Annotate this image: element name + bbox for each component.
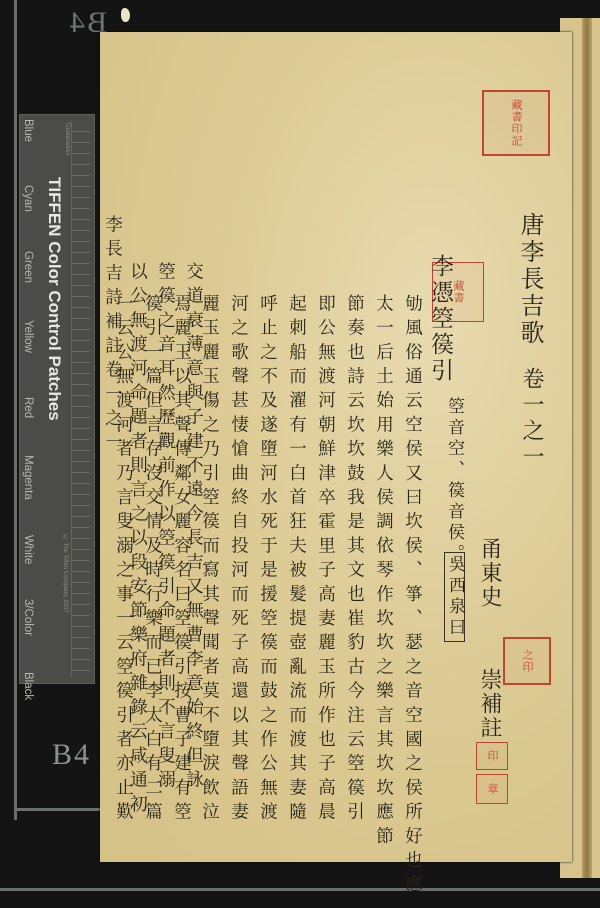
text-column: 節奏也詩云坎坎鼓我是其文也崔豹古今注云箜篌引 [345, 294, 363, 826]
seal-author: 之印 [503, 637, 551, 685]
text-column: 以公無渡河命題者則言之以段安節樂府雜錄云咸通初 [128, 262, 146, 819]
patch-magenta: Magenta [22, 455, 34, 500]
quote-box: 吳西泉曰 [444, 552, 465, 642]
author-line-1: 甬東史 [478, 537, 500, 609]
text-column: 即公無渡河朝鮮津卒霍里子高妻麗玉所作也子高晨 [316, 294, 334, 826]
patch-3color: 3/Color [22, 599, 34, 636]
scale-label: Centimetres [64, 123, 70, 155]
text-column: 箜篌之音耳然歷觀前作以箜篌引命題者則不言叟溺 [156, 262, 174, 794]
text-column: 起刺船而濯有一白首狂夫被髮提壺亂流而渡其妻隨 [287, 294, 305, 826]
volume-label: 卷一之一 [520, 367, 542, 471]
frame-line-label-box-bottom [14, 808, 100, 811]
color-control-strip: Centimetres Blue Cyan Green Yellow Red M… [19, 114, 95, 684]
text-column: 太一后土始用樂人侯調依琴作坎坎之樂言其坎坎應節 [374, 294, 392, 851]
text-column: 河之歌聲甚悽愴曲終自投河而死子高還以其聲語妻 [229, 294, 247, 826]
seal-top-right: 藏書印記 [482, 90, 550, 156]
ruler-scale [71, 121, 90, 677]
text-column: 呼止之不及遂墮河水死于是援箜篌而鼓之作公無渡 [258, 294, 276, 826]
patch-blue: Blue [22, 119, 34, 142]
color-patch-labels: Blue Cyan Green Yellow Red Magenta White… [22, 119, 34, 700]
copyright-text: © The Tiffen Company, 2007 [62, 535, 68, 613]
target-label: B4 [52, 738, 91, 772]
patch-white: White [22, 535, 34, 564]
seal-small-1: 印 [476, 742, 508, 770]
seal-small-2: 章 [476, 774, 508, 804]
poem-note: 箜音空、篌音侯。 [445, 397, 462, 565]
patch-red: Red [22, 397, 34, 418]
book-spine [582, 18, 592, 878]
text-column: 交道衰薄意與子建不遠今長吉又無曹李意始終但詠 [184, 262, 202, 794]
tiffen-brand: TIFFEN Color Control Patches [44, 177, 64, 421]
poem-title: 李憑箜篌引 [428, 254, 451, 384]
patch-yellow: Yellow [22, 320, 34, 353]
footer-title: 李長吉詩補註卷一之一 [103, 215, 121, 457]
patch-black: Black [22, 672, 34, 700]
frame-line-left [14, 0, 17, 820]
author-line-2: 崇補註 [478, 668, 500, 740]
book-title: 唐李長吉歌 [518, 212, 542, 347]
text-column: 劬風俗通云空侯又曰坎侯、箏、瑟之音空國之侯所好也應 [403, 294, 421, 899]
patch-green: Green [22, 251, 34, 283]
dust-speck [121, 8, 130, 22]
patch-cyan: Cyan [22, 185, 34, 212]
frame-line-bottom [0, 888, 600, 891]
